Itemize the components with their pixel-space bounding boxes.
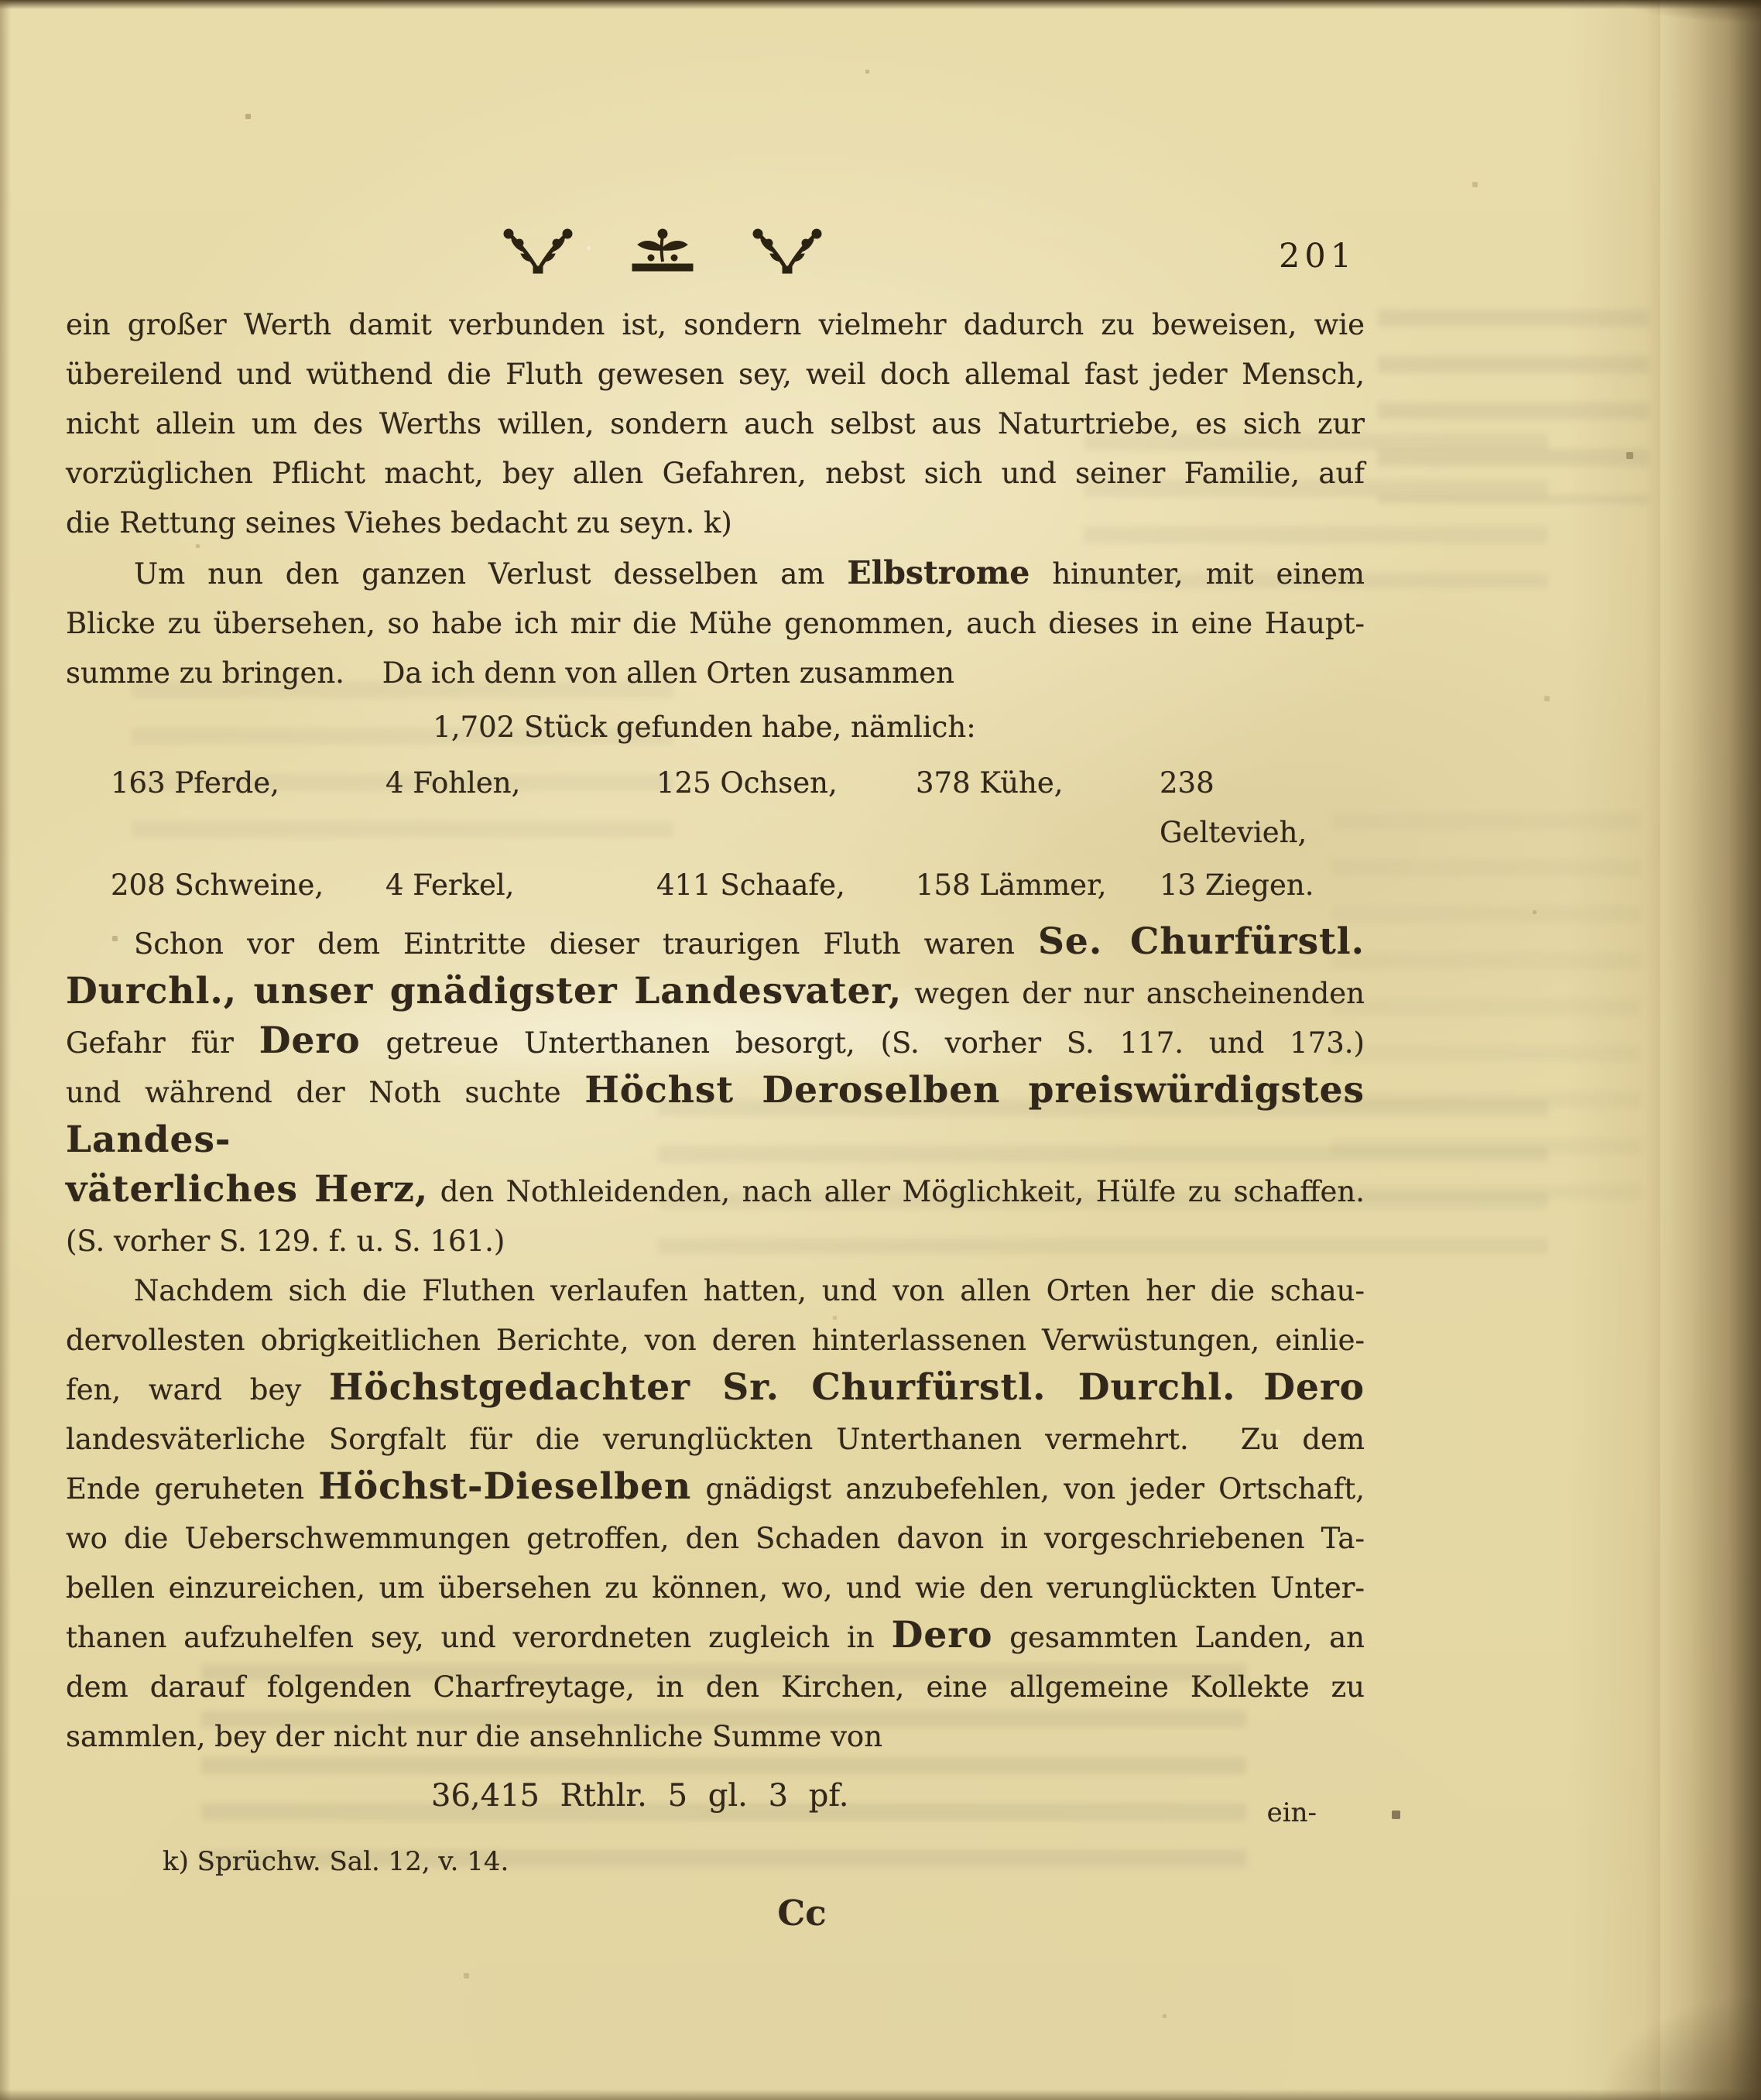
text-line: väterliches Herz, den Nothleidenden, nac… — [66, 1167, 1365, 1217]
signature-mark: Cc — [152, 1889, 1451, 1938]
paragraphs-top: ein großer Werth damit verbunden ist, so… — [66, 300, 1365, 698]
verso-bleedthrough — [1331, 813, 1641, 1200]
text-segment: Blicke zu übersehen, so habe ich mir die… — [66, 607, 1365, 640]
page-edge-shadow — [0, 2089, 1761, 2100]
text-line: thanen aufzuhelfen sey, und verordneten … — [66, 1613, 1365, 1663]
text-line: Blicke zu übersehen, so habe ich mir die… — [66, 599, 1365, 649]
text-segment: bellen einzureichen, um übersehen zu kön… — [66, 1571, 1365, 1605]
page-edge-shadow — [0, 0, 1761, 9]
text-line: die Rettung seines Viehes bedacht zu sey… — [66, 498, 1365, 548]
catchword: ein- — [1267, 1788, 1317, 1838]
livestock-table: 163 Pferde,4 Fohlen,125 Ochsen,378 Kühe,… — [66, 759, 1365, 910]
text-segment: Durchl., unser gnädigster Landesvater, — [66, 970, 902, 1012]
text-segment: landesväterliche Sorgfalt für die verung… — [66, 1423, 1365, 1456]
text-segment: Ende geruheten — [66, 1472, 318, 1506]
floral-sprig-pair-icon — [749, 226, 826, 274]
livestock-cell: 13 Ziegen. — [1160, 861, 1365, 910]
text-line: Um nun den ganzen Verlust desselben am E… — [66, 548, 1365, 599]
page-edge-shadow — [1513, 0, 1761, 33]
text-segment: dervollesten obrigkeitlichen Berichte, v… — [66, 1324, 1365, 1357]
livestock-cell: 378 Kühe, — [916, 759, 1160, 858]
page-edge-shadow — [1567, 0, 1660, 2100]
text-segment: Dero — [259, 1019, 361, 1062]
header-ornaments — [499, 226, 826, 274]
text-segment: Dero — [892, 1614, 993, 1656]
livestock-cell: 4 Fohlen, — [385, 759, 656, 858]
text-line: ein großer Werth damit verbunden ist, so… — [66, 300, 1365, 350]
text-line: vorzüglichen Pflicht macht, bey allen Ge… — [66, 449, 1365, 498]
text-line: dem darauf folgenden Charfreytage, in de… — [66, 1663, 1365, 1712]
livestock-cell: 238 Geltevieh, — [1160, 759, 1365, 858]
footnote: k) Sprüchw. Sal. 12, v. 14. — [66, 1842, 1365, 1881]
livestock-cell: 208 Schweine, — [111, 861, 385, 910]
page-number: 201 — [1279, 237, 1356, 276]
livestock-cell: 411 Schaafe, — [656, 861, 916, 910]
text-line: Schon vor dem Eintritte dieser traurigen… — [66, 920, 1365, 969]
text-segment: gnädigst anzubefehlen, von jeder Ortscha… — [691, 1472, 1365, 1506]
text-segment: übereilend und wüthend die Fluth gewesen… — [66, 358, 1365, 391]
text-segment: dem darauf folgenden Charfreytage, in de… — [66, 1670, 1365, 1704]
text-segment: thanen aufzuhelfen sey, und verordneten … — [66, 1621, 892, 1654]
text-segment: sammlen, bey der nicht nur die ansehnlic… — [66, 1720, 882, 1753]
text-line: übereilend und wüthend die Fluth gewesen… — [66, 350, 1365, 399]
paragraph: Um nun den ganzen Verlust desselben am E… — [66, 548, 1365, 698]
text-segment: nicht allein um des Werths willen, sonde… — [66, 407, 1365, 440]
text-line: Ende geruheten Höchst-Dieselben gnädigst… — [66, 1465, 1365, 1514]
text-line: und während der Noth suchte Höchst Deros… — [66, 1068, 1365, 1167]
text-line: sammlen, bey der nicht nur die ansehnlic… — [66, 1712, 1365, 1762]
text-segment: getreue Unterthanen besorgt, (S. vorher … — [361, 1026, 1365, 1060]
text-line: Durchl., unser gnädigster Landesvater, w… — [66, 969, 1365, 1019]
paragraphs-bottom: Schon vor dem Eintritte dieser traurigen… — [66, 920, 1365, 1762]
paragraph: ein großer Werth damit verbunden ist, so… — [66, 300, 1365, 548]
text-segment: und während der Noth suchte — [66, 1076, 584, 1109]
livestock-cell: 125 Ochsen, — [656, 759, 916, 858]
text-line: landesväterliche Sorgfalt für die verung… — [66, 1415, 1365, 1465]
text-segment: gesammten Landen, an — [992, 1621, 1365, 1654]
page-header: 201 — [0, 226, 1761, 288]
text-segment: ein großer Werth damit verbunden ist, so… — [66, 308, 1365, 341]
collection-sum: 36,415 Rthlr. 5 gl. 3 pf. — [431, 1771, 848, 1821]
text-segment: Höchstgedachter Sr. Churfürstl. Durchl. — [329, 1366, 1235, 1409]
livestock-cell: 4 Ferkel, — [385, 861, 656, 910]
text-segment: Elbstrome — [847, 554, 1030, 591]
text-segment: die Rettung seines Viehes bedacht zu sey… — [66, 506, 732, 540]
count-line: 1,702 Stück gefunden habe, nämlich: — [55, 703, 1354, 752]
text-segment: (S. vorher S. 129. f. u. S. 161.) — [66, 1225, 505, 1258]
book-page: 201 ein großer Werth damit verbunden ist… — [0, 0, 1761, 2100]
text-segment: vorzüglichen Pflicht macht, bey allen Ge… — [66, 457, 1365, 490]
text-line: wo die Ueberschwemmungen getroffen, den … — [66, 1514, 1365, 1564]
text-segment: den Nothleidenden, nach aller Möglichkei… — [428, 1175, 1365, 1208]
page-edge-shadow — [1645, 0, 1761, 2100]
text-segment: Se. Churfürstl. — [1038, 920, 1365, 963]
page-edge-shadow — [0, 0, 11, 2100]
text-segment: väterliches Herz, — [66, 1168, 428, 1211]
paragraph: Nachdem sich die Fluthen verlaufen hatte… — [66, 1266, 1365, 1762]
floral-pedestal-icon — [628, 228, 697, 274]
text-line: fen, ward bey Höchstgedachter Sr. Churfü… — [66, 1365, 1365, 1415]
text-block: ein großer Werth damit verbunden ist, so… — [66, 300, 1365, 1938]
livestock-cell: 158 Lämmer, — [916, 861, 1160, 910]
text-line: dervollesten obrigkeitlichen Berichte, v… — [66, 1316, 1365, 1365]
text-segment: Nachdem sich die Fluthen verlaufen hatte… — [134, 1274, 1365, 1307]
text-segment: Schon vor dem Eintritte dieser traurigen… — [134, 927, 1038, 961]
page-edge-shadow — [1482, 1930, 1761, 2100]
text-segment: hinunter, mit einem — [1030, 557, 1365, 591]
text-segment: Um nun den ganzen Verlust desselben am — [134, 557, 847, 591]
text-segment: Dero — [1263, 1366, 1365, 1409]
floral-sprig-pair-icon — [499, 226, 577, 274]
text-segment: wegen der nur anscheinenden — [902, 977, 1365, 1010]
sum-row: 36,415 Rthlr. 5 gl. 3 pf. ein- — [66, 1771, 1365, 1827]
livestock-cell: 163 Pferde, — [111, 759, 385, 858]
text-segment: Gefahr für — [66, 1026, 259, 1060]
verso-bleedthrough — [1378, 310, 1649, 503]
text-line: nicht allein um des Werths willen, sonde… — [66, 399, 1365, 449]
text-line: (S. vorher S. 129. f. u. S. 161.) — [66, 1217, 1365, 1266]
text-segment: Höchst-Dieselben — [318, 1465, 691, 1508]
text-line: Nachdem sich die Fluthen verlaufen hatte… — [66, 1266, 1365, 1316]
text-line: bellen einzureichen, um übersehen zu kön… — [66, 1564, 1365, 1613]
text-segment — [1235, 1373, 1263, 1406]
text-segment: wo die Ueberschwemmungen getroffen, den … — [66, 1522, 1365, 1555]
text-segment: fen, ward bey — [66, 1373, 329, 1406]
text-line: summe zu bringen. Da ich denn von allen … — [66, 649, 1365, 698]
text-line: Gefahr für Dero getreue Unterthanen beso… — [66, 1019, 1365, 1068]
text-segment: summe zu bringen. Da ich denn von allen … — [66, 656, 954, 690]
paper-specks — [0, 0, 1, 1]
paragraph: Schon vor dem Eintritte dieser traurigen… — [66, 920, 1365, 1266]
